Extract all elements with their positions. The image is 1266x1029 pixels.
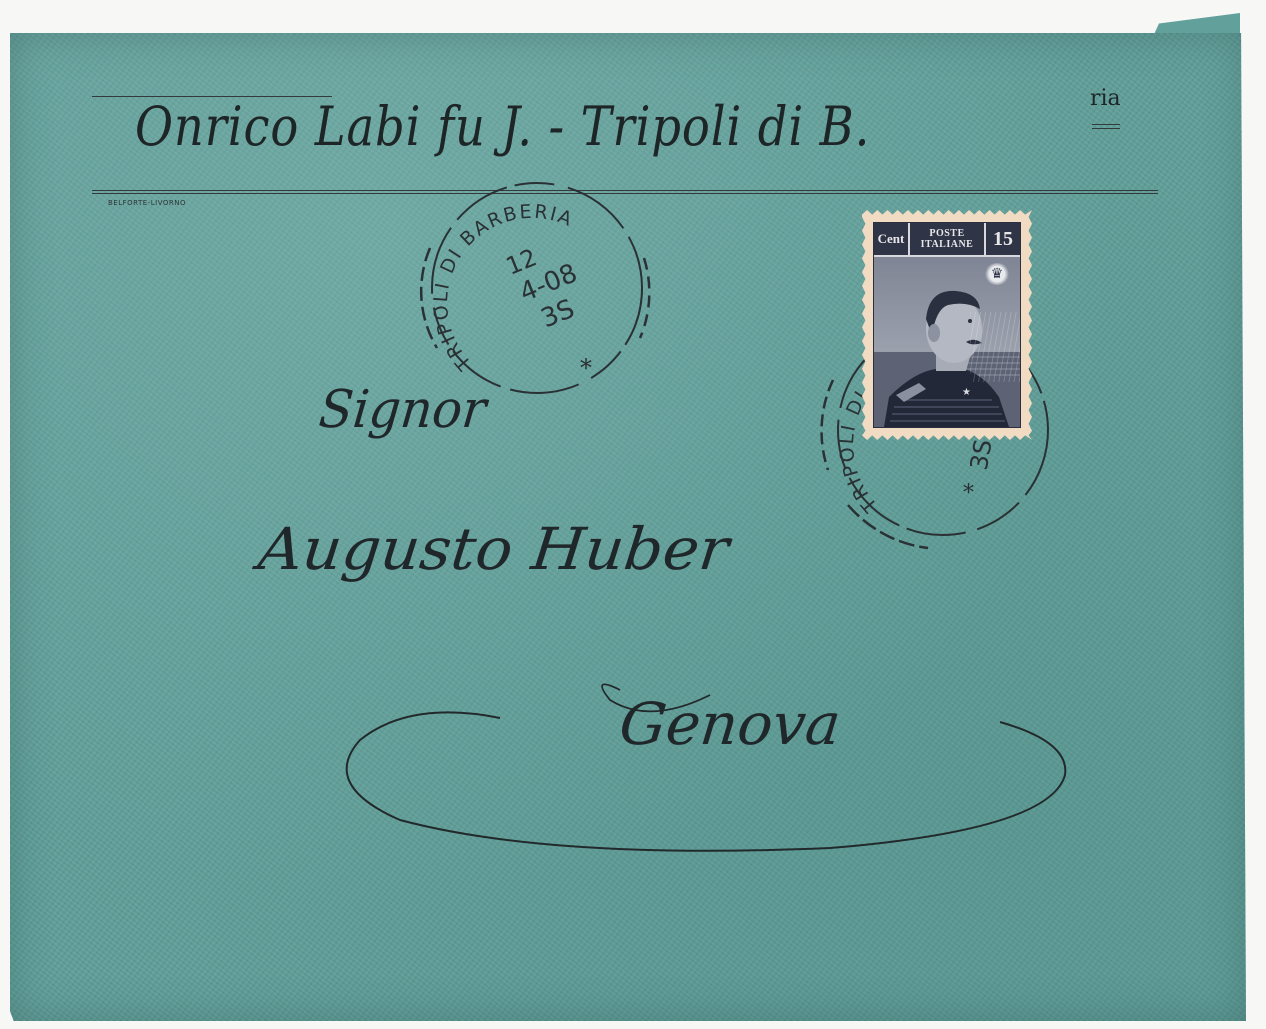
stamp-header: Cent POSTE ITALIANE 15	[874, 223, 1020, 257]
svg-text:★: ★	[962, 387, 971, 398]
address-salutation: Signor	[316, 380, 488, 440]
stamp-title-line2: ITALIANE	[910, 239, 984, 250]
address-recipient-name: Augusto Huber	[255, 515, 732, 583]
postmark-star-icon: *	[580, 354, 592, 382]
address-city: Genova	[616, 690, 843, 758]
letterhead-sup-rule	[1092, 124, 1120, 125]
letterhead-title: Onrico Labi fu J. - Tripoli di B.	[135, 95, 995, 158]
printer-mark: BELFORTE-LIVORNO	[108, 199, 186, 207]
stamp-title: POSTE ITALIANE	[910, 228, 984, 250]
letterhead-superscript: ria	[1090, 86, 1121, 111]
stamp-value: 15	[984, 223, 1020, 255]
postage-stamp: Cent POSTE ITALIANE 15	[862, 210, 1032, 440]
letterhead-sup-rule-2	[1092, 128, 1120, 129]
postmark-time-2: 3S	[965, 437, 998, 472]
stamp-design: Cent POSTE ITALIANE 15	[873, 222, 1021, 428]
crown-icon: ♛	[984, 263, 1010, 285]
stamp-title-line1: POSTE	[910, 228, 984, 239]
sun-rays	[970, 312, 1020, 382]
postmark-star-icon-2: *	[963, 481, 974, 506]
stamp-cent-label: Cent	[874, 223, 910, 255]
